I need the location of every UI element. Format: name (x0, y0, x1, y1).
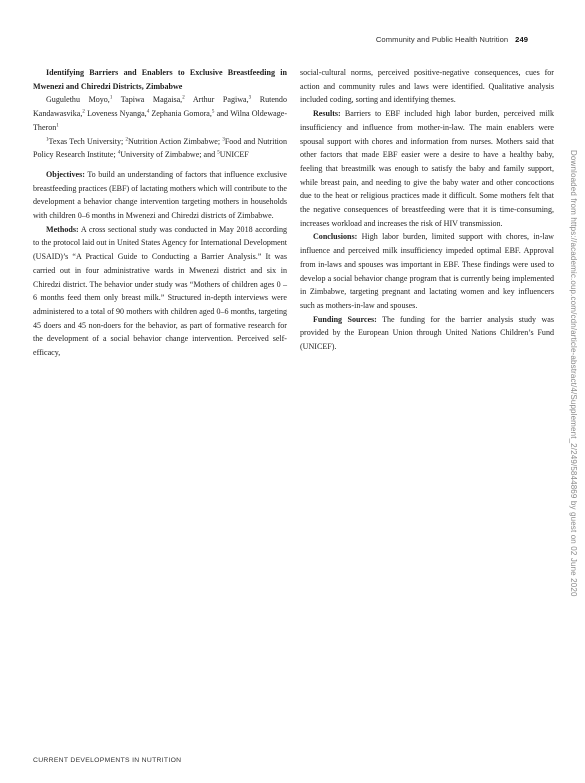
objectives-heading: Objectives: (46, 170, 85, 179)
running-head: Community and Public Health Nutrition249 (376, 35, 528, 44)
author: Tapiwa Magaisa,2 (121, 95, 185, 104)
results-heading: Results: (313, 109, 341, 118)
conclusions-paragraph: Conclusions: High labor burden, limited … (300, 230, 554, 312)
funding-heading: Funding Sources: (313, 315, 377, 324)
methods-paragraph: Methods: A cross sectional study was con… (33, 223, 287, 360)
page-number: 249 (515, 35, 528, 44)
journal-footer: CURRENT DEVELOPMENTS IN NUTRITION (33, 757, 181, 764)
right-column: social-cultural norms, perceived positiv… (300, 66, 554, 354)
author: Gugulethu Moyo,1 (46, 95, 112, 104)
conclusions-heading: Conclusions: (313, 232, 357, 241)
download-watermark-text: Downloaded from https://academic.oup.com… (569, 150, 578, 597)
author: Arthur Pagiwa,3 (193, 95, 251, 104)
article-title: Identifying Barriers and Enablers to Exc… (33, 66, 287, 93)
methods-text: A cross sectional study was conducted in… (33, 225, 287, 357)
author-list: Gugulethu Moyo,1 Tapiwa Magaisa,2 Arthur… (33, 93, 287, 134)
results-text: Barriers to EBF included high labor burd… (300, 109, 554, 228)
methods-heading: Methods: (46, 225, 79, 234)
running-head-section: Community and Public Health Nutrition (376, 35, 508, 44)
results-paragraph: Results: Barriers to EBF included high l… (300, 107, 554, 230)
methods-continuation: social-cultural norms, perceived positiv… (300, 66, 554, 107)
left-column: Identifying Barriers and Enablers to Exc… (33, 66, 287, 360)
author: Loveness Nyanga,4 (87, 109, 149, 118)
author: Zephania Gomora,5 (151, 109, 214, 118)
funding-paragraph: Funding Sources: The funding for the bar… (300, 313, 554, 354)
affiliations: 1Texas Tech University; 2Nutrition Actio… (33, 135, 287, 162)
download-watermark: Downloaded from https://academic.oup.com… (566, 150, 578, 580)
conclusions-text: High labor burden, limited support with … (300, 232, 554, 310)
objectives-paragraph: Objectives: To build an understanding of… (33, 168, 287, 223)
